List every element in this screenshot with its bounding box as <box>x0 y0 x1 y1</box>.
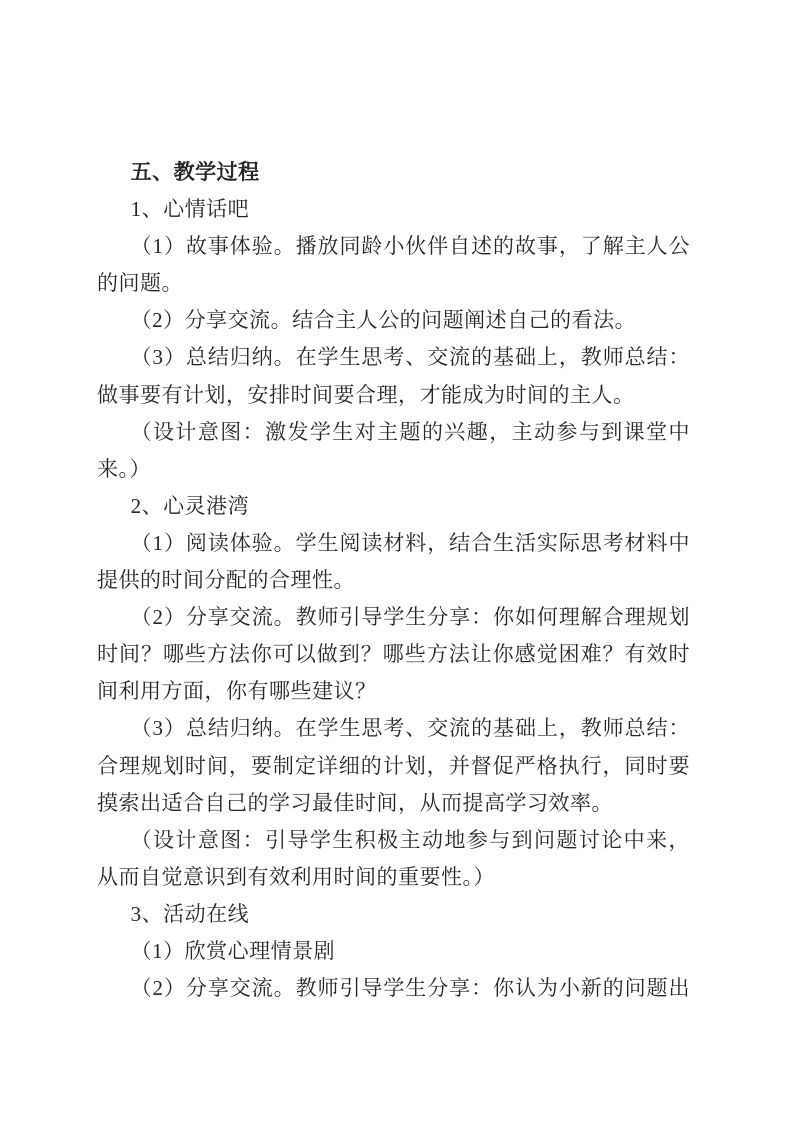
text-line: 时间？哪些方法你可以做到？哪些方法让你感觉困难？有效时 <box>97 636 690 673</box>
text-line: （2）分享交流。结合主人公的问题阐述自己的看法。 <box>97 302 690 339</box>
para-3-1-psychodrama: （1）欣赏心理情景剧 <box>97 933 690 970</box>
para-2-3-summary: （3）总结归纳。在学生思考、交流的基础上，教师总结： 合理规划时间，要制定详细的… <box>97 710 690 821</box>
heading-teaching-process: 五、教学过程 <box>97 154 690 191</box>
text-line: 摸索出适合自己的学习最佳时间，从而提高学习效率。 <box>97 785 690 822</box>
document-page: 五、教学过程 1、心情话吧 （1）故事体验。播放同龄小伙伴自述的故事，了解主人公… <box>0 0 793 1122</box>
text-line: （设计意图：引导学生积极主动地参与到问题讨论中来， <box>97 822 690 859</box>
section-1-title: 1、心情话吧 <box>97 191 690 228</box>
para-2-design-intent: （设计意图：引导学生积极主动地参与到问题讨论中来， 从而自觉意识到有效利用时间的… <box>97 822 690 896</box>
text-line: （3）总结归纳。在学生思考、交流的基础上，教师总结： <box>97 339 690 376</box>
text-line: （设计意图：激发学生对主题的兴趣，主动参与到课堂中 <box>97 414 690 451</box>
text-line: （3）总结归纳。在学生思考、交流的基础上，教师总结： <box>97 710 690 747</box>
text-line: （1）阅读体验。学生阅读材料，结合生活实际思考材料中 <box>97 525 690 562</box>
text-line: 间利用方面，你有哪些建议？ <box>97 673 690 710</box>
text-line: 做事要有计划，安排时间要合理，才能成为时间的主人。 <box>97 377 690 414</box>
text-line: 3、活动在线 <box>97 896 690 933</box>
text-line: 的问题。 <box>97 265 690 302</box>
text-line: 2、心灵港湾 <box>97 488 690 525</box>
text-line: 从而自觉意识到有效利用时间的重要性。） <box>97 859 690 896</box>
text-line: 合理规划时间，要制定详细的计划，并督促严格执行，同时要 <box>97 748 690 785</box>
text-line: （1）故事体验。播放同龄小伙伴自述的故事，了解主人公 <box>97 228 690 265</box>
para-2-2-share-exchange: （2）分享交流。教师引导学生分享：你如何理解合理规划 时间？哪些方法你可以做到？… <box>97 599 690 710</box>
para-1-3-summary: （3）总结归纳。在学生思考、交流的基础上，教师总结： 做事要有计划，安排时间要合… <box>97 339 690 413</box>
text-line: （1）欣赏心理情景剧 <box>97 933 690 970</box>
para-1-design-intent: （设计意图：激发学生对主题的兴趣，主动参与到课堂中 来。） <box>97 414 690 488</box>
para-1-2-share-exchange: （2）分享交流。结合主人公的问题阐述自己的看法。 <box>97 302 690 339</box>
text-line: 来。） <box>97 451 690 488</box>
section-3-title: 3、活动在线 <box>97 896 690 933</box>
text-line: 提供的时间分配的合理性。 <box>97 562 690 599</box>
para-3-2-share-exchange: （2）分享交流。教师引导学生分享：你认为小新的问题出 <box>97 970 690 1007</box>
section-2-title: 2、心灵港湾 <box>97 488 690 525</box>
text-line: （2）分享交流。教师引导学生分享：你认为小新的问题出 <box>97 970 690 1007</box>
text-line: 1、心情话吧 <box>97 191 690 228</box>
text-line: （2）分享交流。教师引导学生分享：你如何理解合理规划 <box>97 599 690 636</box>
para-1-1-story-experience: （1）故事体验。播放同龄小伙伴自述的故事，了解主人公 的问题。 <box>97 228 690 302</box>
para-2-1-reading-experience: （1）阅读体验。学生阅读材料，结合生活实际思考材料中 提供的时间分配的合理性。 <box>97 525 690 599</box>
heading-text: 五、教学过程 <box>97 154 690 191</box>
